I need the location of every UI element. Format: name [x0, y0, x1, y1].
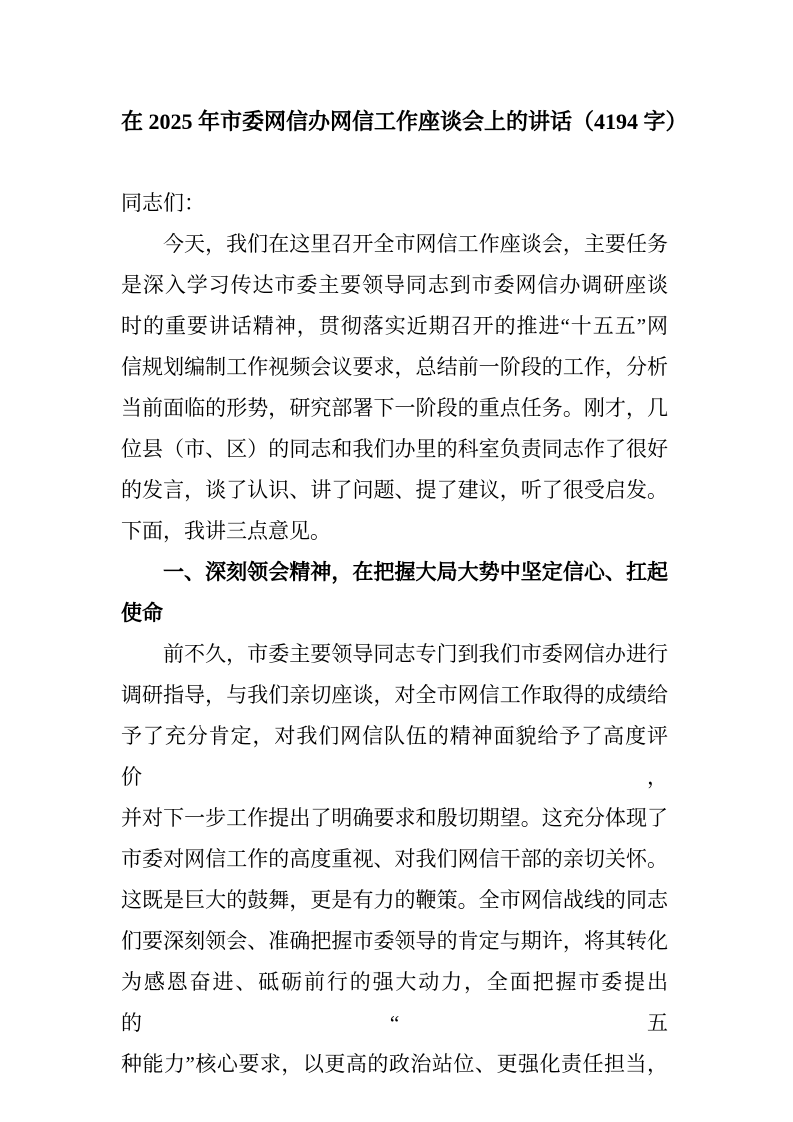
document-title: 在 2025 年市委网信办网信工作座谈会上的讲话（4194 字）	[121, 101, 668, 142]
text-line: 种能力”核心要求，以更高的政治站位、更强化责任担当，	[121, 1044, 668, 1085]
text-line: 调研指导，与我们亲切座谈，对全市网信工作取得的成绩给	[121, 675, 668, 716]
text-line: 一、深刻领会精神，在把握大局大势中坚定信心、扛起	[121, 552, 668, 593]
document-page: 在 2025 年市委网信办网信工作座谈会上的讲话（4194 字） 同志们： 今天…	[0, 0, 793, 1122]
text-line: 予了充分肯定，对我们网信队伍的精神面貌给予了高度评价，	[121, 716, 668, 798]
text-line: 信规划编制工作视频会议要求，总结前一阶段的工作，分析	[121, 347, 668, 388]
salutation: 同志们：	[121, 183, 668, 224]
body-paragraph: 今天，我们在这里召开全市网信工作座谈会，主要任务是深入学习传达市委主要领导同志到…	[121, 224, 668, 552]
text-line: 这既是巨大的鼓舞，更是有力的鞭策。全市网信战线的同志	[121, 880, 668, 921]
text-line: 时的重要讲话精神，贯彻落实近期召开的推进“十五五”网	[121, 306, 668, 347]
text-line: 们要深刻领会、准确把握市委领导的肯定与期许，将其转化	[121, 921, 668, 962]
text-line: 今天，我们在这里召开全市网信工作座谈会，主要任务	[121, 224, 668, 265]
text-line: 下面，我讲三点意见。	[121, 511, 668, 552]
text-line: 使命	[121, 593, 668, 634]
text-line: 并对下一步工作提出了明确要求和殷切期望。这充分体现了	[121, 798, 668, 839]
text-line: 是深入学习传达市委主要领导同志到市委网信办调研座谈	[121, 265, 668, 306]
text-line: 为感恩奋进、砥砺前行的强大动力，全面把握市委提出的“五	[121, 962, 668, 1044]
text-line: 当前面临的形势，研究部署下一阶段的重点任务。刚才，几	[121, 388, 668, 429]
blank-line	[121, 142, 668, 183]
section-heading: 一、深刻领会精神，在把握大局大势中坚定信心、扛起使命	[121, 552, 668, 634]
body-paragraph: 前不久，市委主要领导同志专门到我们市委网信办进行调研指导，与我们亲切座谈，对全市…	[121, 634, 668, 1085]
text-line: 位县（市、区）的同志和我们办里的科室负责同志作了很好	[121, 429, 668, 470]
text-line: 市委对网信工作的高度重视、对我们网信干部的亲切关怀。	[121, 839, 668, 880]
text-line: 的发言，谈了认识、讲了问题、提了建议，听了很受启发。	[121, 470, 668, 511]
text-line: 前不久，市委主要领导同志专门到我们市委网信办进行	[121, 634, 668, 675]
document-paragraphs: 今天，我们在这里召开全市网信工作座谈会，主要任务是深入学习传达市委主要领导同志到…	[121, 224, 668, 1085]
